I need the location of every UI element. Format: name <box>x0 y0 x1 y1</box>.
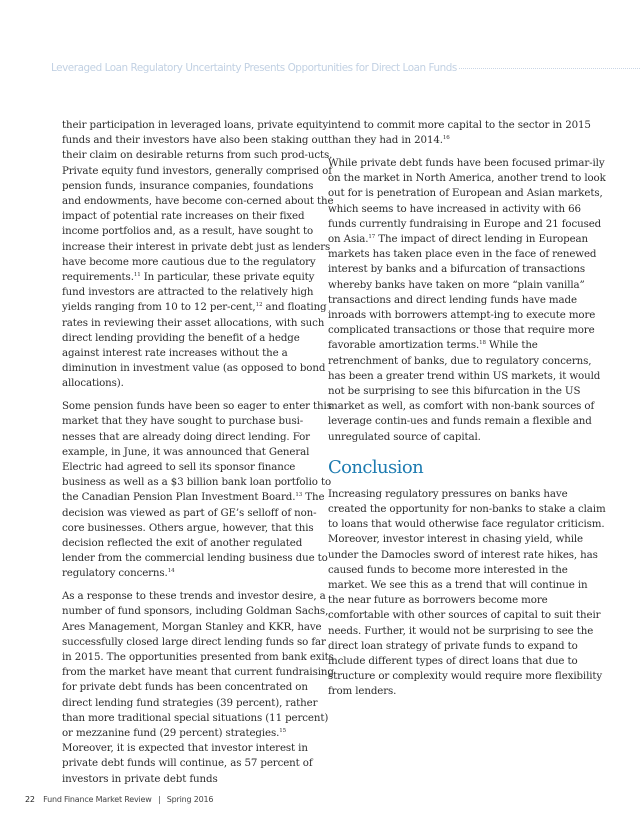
section-heading-conclusion: Conclusion <box>328 457 606 479</box>
footer-separator: | <box>158 795 161 804</box>
footnote-ref[interactable]: 14 <box>168 568 175 574</box>
footnote-ref[interactable]: 15 <box>279 728 286 734</box>
running-header: Leveraged Loan Regulatory Uncertainty Pr… <box>51 62 640 74</box>
footnote-ref[interactable]: 11 <box>134 272 141 278</box>
body-paragraph: Some pension funds have been so eager to… <box>62 399 334 581</box>
page-footer: 22 Fund Finance Market Review | Spring 2… <box>25 795 213 804</box>
footnote-ref[interactable]: 18 <box>479 340 486 346</box>
issue-label: Spring 2016 <box>167 795 214 804</box>
body-paragraph: intend to commit more capital to the sec… <box>328 118 606 148</box>
body-paragraph: their participation in leveraged loans, … <box>62 118 334 392</box>
publication-name: Fund Finance Market Review <box>43 795 151 804</box>
right-column: intend to commit more capital to the sec… <box>328 118 606 707</box>
body-paragraph: While private debt funds have been focus… <box>328 156 606 445</box>
footnote-ref[interactable]: 16 <box>443 135 450 141</box>
dotted-leader-line <box>459 68 640 69</box>
body-paragraph: As a response to these trends and invest… <box>62 589 334 787</box>
left-column: their participation in leveraged loans, … <box>62 118 334 794</box>
conclusion-paragraph: Increasing regulatory pressures on banks… <box>328 487 606 700</box>
page-number: 22 <box>25 795 35 804</box>
running-header-title: Leveraged Loan Regulatory Uncertainty Pr… <box>51 62 457 74</box>
